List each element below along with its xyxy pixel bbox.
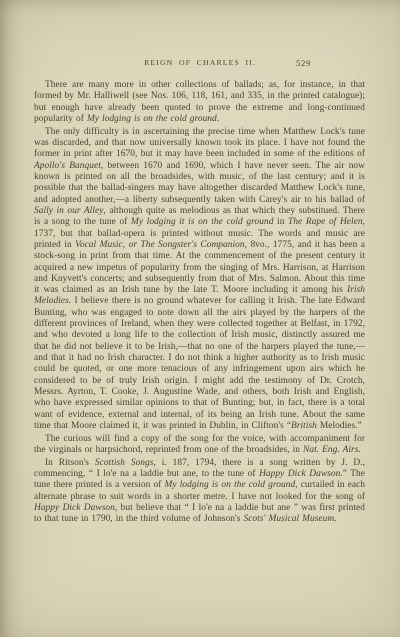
paragraph: The only difficulty is in ascertaining t… xyxy=(34,127,365,432)
italic-text-run: My lodging is on the cold ground xyxy=(165,480,296,490)
text-run: Melodies.” xyxy=(317,421,362,431)
page-number: 529 xyxy=(296,58,311,68)
paragraph: The curious will find a copy of the song… xyxy=(34,434,365,457)
italic-text-run: Nat. Eng. Airs xyxy=(303,445,358,455)
paragraph: There are many more in other collections… xyxy=(34,80,365,125)
text-run: . xyxy=(358,445,360,455)
italic-text-run: Scottish Songs xyxy=(95,458,154,468)
italic-text-run: Scots' Musical Museum xyxy=(243,514,334,524)
italic-text-run: Apollo's Banquet xyxy=(34,161,101,171)
italic-text-run: Happy Dick Dawson xyxy=(259,469,340,479)
italic-text-run: My lodging is on the cold ground xyxy=(87,114,217,124)
text-run: . I believe there is no ground whatever … xyxy=(34,296,365,430)
book-page: REIGN OF CHARLES II. 529 There are many … xyxy=(0,0,400,637)
running-title: REIGN OF CHARLES II. xyxy=(34,58,366,67)
text-run: in xyxy=(273,217,288,227)
paragraph: In Ritson's Scottish Songs, i. 187, 1794… xyxy=(34,458,365,526)
italic-text-run: Sally in our Alley xyxy=(34,206,103,216)
text-run: . xyxy=(334,514,336,524)
text-run: In Ritson's xyxy=(45,458,95,468)
italic-text-run: Vocal Music xyxy=(75,240,123,250)
text-run: . xyxy=(217,114,219,124)
page-header: REIGN OF CHARLES II. 529 xyxy=(34,58,366,70)
text-run: The only difficulty is in ascertaining t… xyxy=(34,127,365,160)
page-text: There are many more in other collections… xyxy=(34,80,365,527)
italic-text-run: Happy Dick Dawson xyxy=(34,503,115,513)
italic-text-run: British xyxy=(291,421,317,431)
italic-text-run: My lodging it is on the cold ground xyxy=(131,217,273,227)
italic-text-run: The Rape of Helen xyxy=(288,217,363,227)
italic-text-run: or The Songster's Companion xyxy=(129,240,245,250)
